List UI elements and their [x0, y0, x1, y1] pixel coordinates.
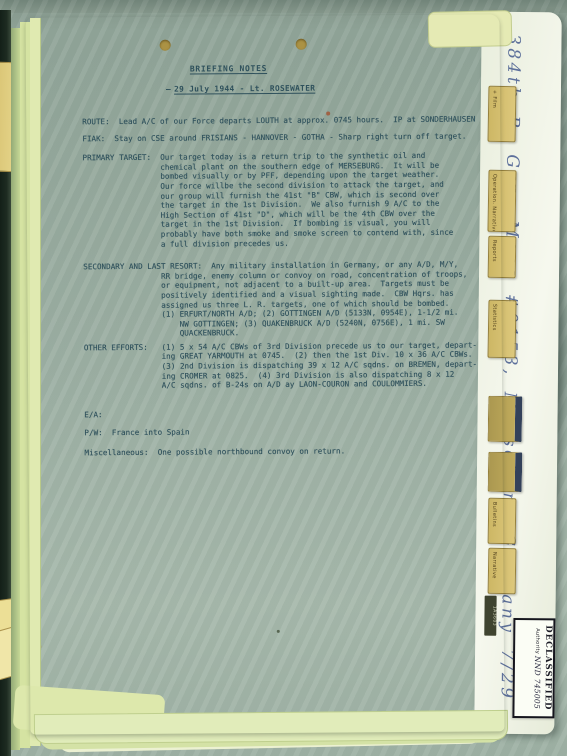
punch-hole: [160, 40, 171, 51]
document-title: BRIEFING NOTES: [190, 62, 492, 73]
section-other-efforts: OTHER EFFORTS: (1) 5 x 54 A/C CBWs of 3r…: [84, 340, 494, 391]
subtitle-dash: –: [166, 85, 171, 94]
punch-hole: [296, 39, 307, 50]
document-subtitle: –29 July 1944 - Lt. ROSEWATER: [166, 82, 492, 93]
section-primary-target: PRIMARY TARGET: Our target today is a re…: [82, 151, 493, 250]
paper-speck: [277, 630, 280, 633]
section-misc: Miscellaneous: One possible northbound c…: [85, 445, 495, 457]
section-route: ROUTE: Lead A/C of our Force departs LOU…: [82, 114, 492, 126]
stamp-title: DECLASSIFIED: [541, 620, 553, 716]
section-fiak: FIAK: Stay on CSE around FRISIANS - HANN…: [82, 131, 492, 143]
photographed-briefing-document: 384th B. Grp. Msns #0153, Merseburg Germ…: [0, 0, 567, 756]
briefing-notes-page: BRIEFING NOTES –29 July 1944 - Lt. ROSEW…: [26, 14, 505, 734]
section-secondary: SECONDARY AND LAST RESORT: Any military …: [83, 260, 494, 340]
briefing-sections: ROUTE: Lead A/C of our Force departs LOU…: [82, 114, 494, 457]
typed-content: BRIEFING NOTES –29 July 1944 - Lt. ROSEW…: [82, 62, 495, 457]
stamp-authority: Authority NND 745005: [532, 620, 542, 716]
declassified-stamp: DECLASSIFIED Authority NND 745005: [512, 618, 555, 718]
section-pw: P/W: France into Spain: [84, 426, 494, 438]
page-stack-edge: [11, 28, 20, 750]
section-ea: E/A:: [84, 407, 494, 419]
